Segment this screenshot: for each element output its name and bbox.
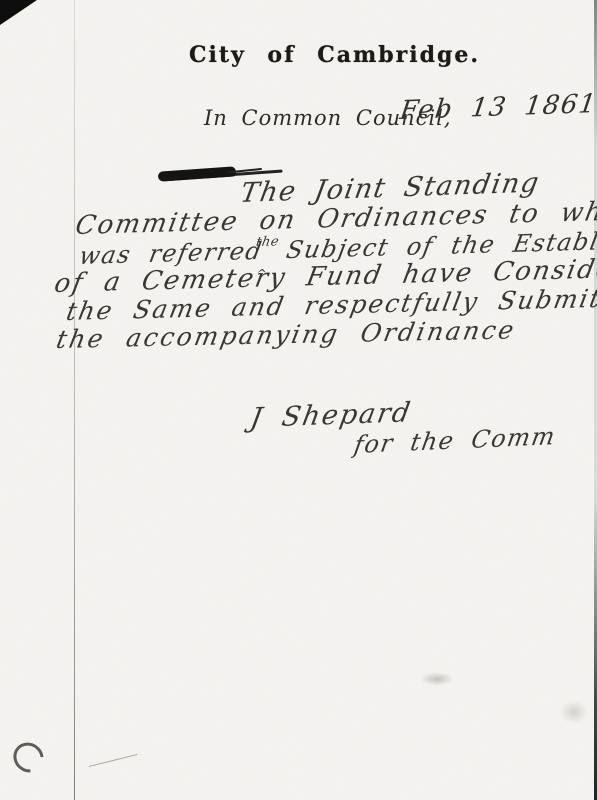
smudge-mark <box>560 700 588 724</box>
page-fold-line <box>74 0 75 800</box>
faint-pencil-line <box>89 754 138 767</box>
printed-letterhead: City of Cambridge. <box>36 42 597 68</box>
smudge-mark <box>420 672 454 686</box>
ink-scribble-tail <box>228 168 262 174</box>
ink-scribble-mark <box>158 166 237 181</box>
circle-ink-mark <box>7 736 49 778</box>
handwritten-date: Feb 13 1861 <box>398 89 597 126</box>
scanned-document-page: City of Cambridge. In Common Council, Fe… <box>0 0 597 800</box>
inserted-word: the <box>255 234 281 250</box>
scan-corner-artifact <box>0 0 37 25</box>
